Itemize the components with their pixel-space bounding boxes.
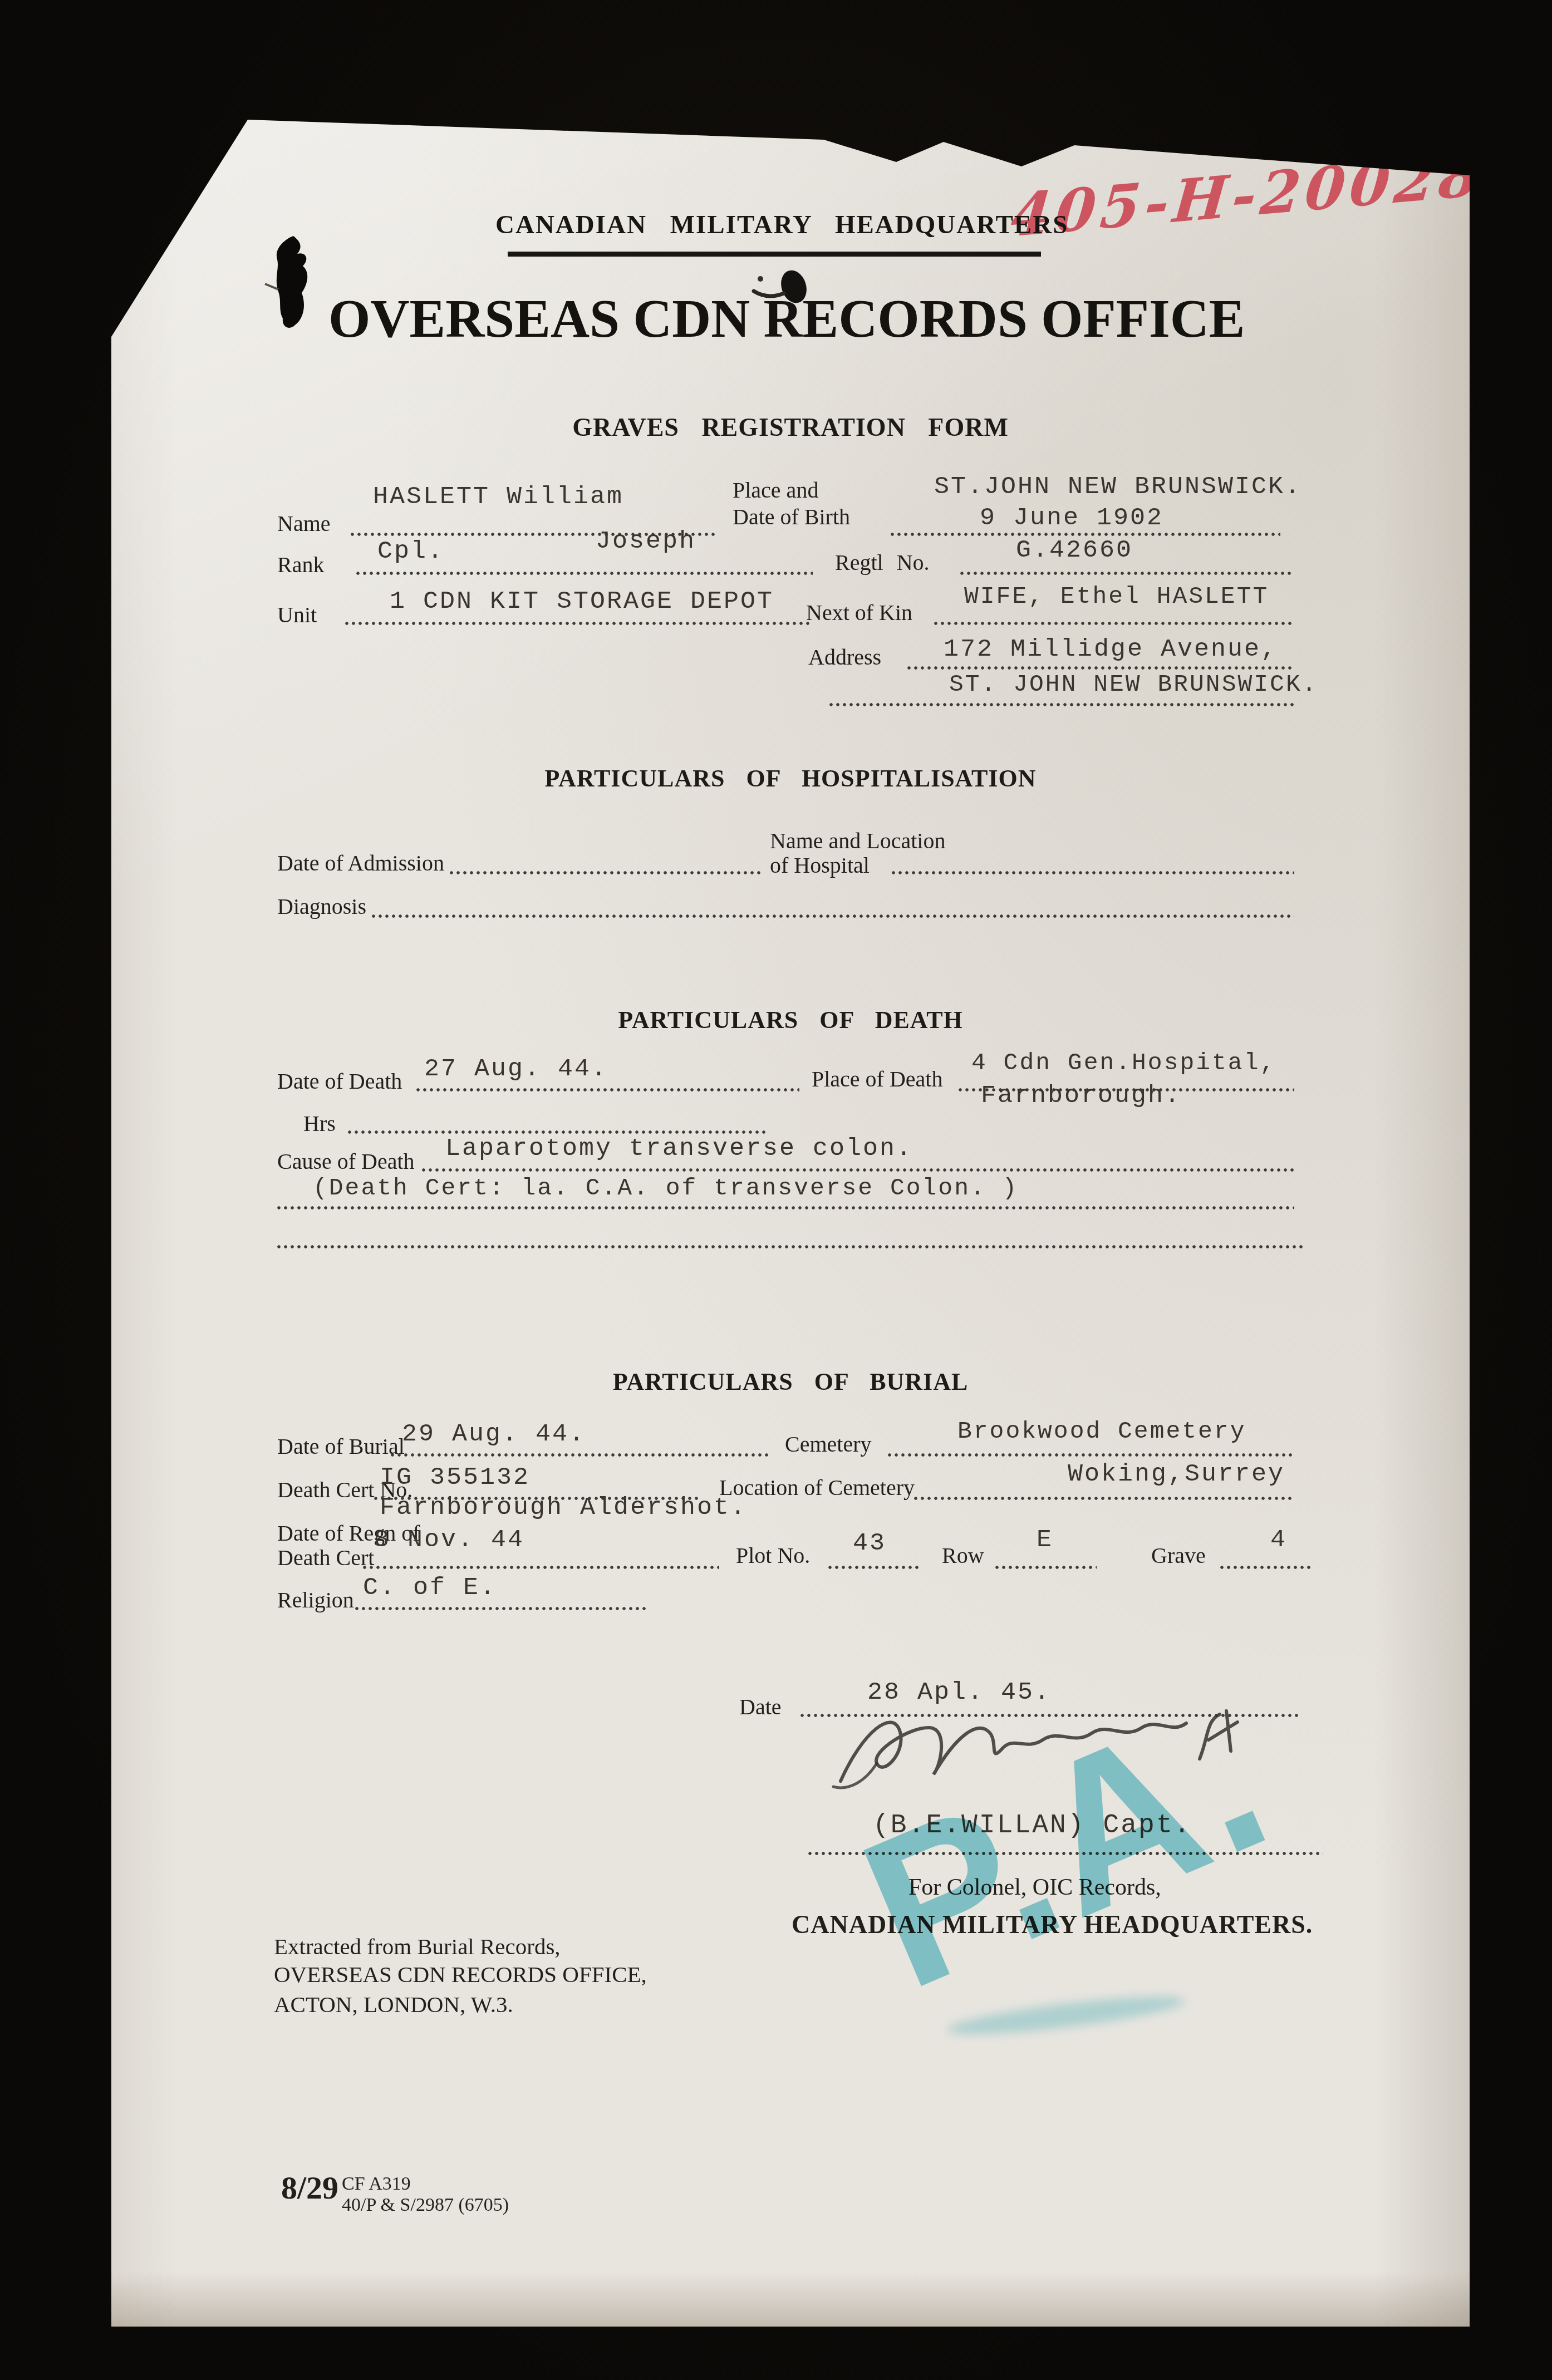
diagnosis-dotted-line — [372, 914, 1294, 918]
name-value-line2: Joseph — [596, 527, 696, 555]
address-value-line2: ST. JOHN NEW BRUNSWICK. — [949, 671, 1318, 698]
regn-date-value: 8 Nov. 44 — [374, 1526, 524, 1554]
extract-line1: Extracted from Burial Records, — [274, 1933, 561, 1960]
regn-label-line2: Death Cert — [277, 1545, 374, 1571]
birth-date-value: 9 June 1902 — [980, 504, 1163, 532]
religion-value: C. of E. — [363, 1573, 497, 1602]
form-code-line1: CF A319 — [342, 2174, 411, 2195]
plot-value: 43 — [853, 1529, 886, 1557]
section-title-death: PARTICULARS OF DEATH — [456, 1006, 1124, 1034]
cause-note: (Death Cert: la. C.A. of transverse Colo… — [313, 1174, 1018, 1202]
scan-background: { "document": { "handwritten_ref": "405-… — [0, 0, 1552, 2380]
religion-dotted-line — [355, 1607, 649, 1610]
hospital-dotted-line — [892, 871, 1294, 874]
regtl-dotted-line — [960, 572, 1294, 575]
death-place-value-line1: 4 Cdn Gen.Hospital, — [971, 1049, 1276, 1076]
next-of-kin-dotted-line — [934, 622, 1293, 625]
burial-date-value: 29 Aug. 44. — [402, 1420, 586, 1448]
cause-note-dotted-line — [277, 1206, 1294, 1209]
hrs-dotted-line — [348, 1130, 768, 1134]
admission-label: Date of Admission — [277, 850, 444, 876]
plot-label: Plot No. — [736, 1542, 810, 1568]
name-value: HASLETT William — [373, 483, 623, 511]
hospital-label-line2: of Hospital — [770, 852, 870, 878]
next-of-kin-label: Next of Kin — [806, 599, 912, 626]
blank-dotted-line — [277, 1245, 1305, 1248]
plot-dotted-line — [828, 1566, 922, 1569]
name-label: Name — [277, 510, 331, 537]
hrs-label: Hrs — [303, 1110, 336, 1137]
cause-label: Cause of Death — [277, 1148, 415, 1174]
grave-label: Grave — [1151, 1542, 1206, 1568]
unit-dotted-line — [345, 622, 813, 625]
religion-label: Religion — [277, 1587, 354, 1613]
torn-hole — [263, 234, 318, 331]
signoff-date-label: Date — [739, 1694, 782, 1720]
hospital-label-line1: Name and Location — [770, 828, 945, 854]
cemetery-dotted-line — [888, 1453, 1294, 1457]
address-dotted-line2 — [829, 703, 1294, 706]
death-date-label: Date of Death — [277, 1068, 402, 1094]
extract-line3: ACTON, LONDON, W.3. — [274, 1991, 513, 2018]
form-title: GRAVES REGISTRATION FORM — [456, 412, 1124, 442]
org-header-underline — [508, 252, 1041, 257]
rank-dotted-line — [356, 572, 813, 575]
rank-label: Rank — [277, 552, 324, 578]
rank-value: Cpl. — [377, 537, 444, 566]
page-title: OVERSEAS CDN RECORDS OFFICE — [328, 288, 1230, 350]
birth-label-line1: Place and — [733, 477, 818, 503]
section-title-hospitalisation: PARTICULARS OF HOSPITALISATION — [456, 764, 1124, 793]
admission-dotted-line — [450, 871, 762, 874]
handwritten-file-number: 405-H-20028 — [1008, 140, 1486, 250]
form-code-line2: 40/P & S/2987 (6705) — [342, 2195, 509, 2216]
birth-place-value: ST.JOHN NEW BRUNSWICK. — [934, 473, 1301, 501]
row-dotted-line — [995, 1566, 1097, 1569]
cause-value: Laparotomy transverse colon. — [445, 1134, 913, 1163]
cemetery-location-dotted-line — [914, 1497, 1294, 1500]
cemetery-location-value1: Woking,Surrey — [1068, 1460, 1285, 1488]
row-value: E — [1037, 1526, 1053, 1554]
unit-value: 1 CDN KIT STORAGE DEPOT — [390, 587, 774, 616]
cemetery-value: Brookwood Cemetery — [957, 1418, 1246, 1445]
form-ref: 8/29 — [281, 2169, 338, 2206]
next-of-kin-value: WIFE, Ethel HASLETT — [964, 583, 1269, 610]
death-date-value: 27 Aug. 44. — [424, 1055, 608, 1083]
cemetery-location-label: Location of Cemetery — [719, 1474, 915, 1501]
cause-dotted-line — [422, 1168, 1294, 1172]
regn-dotted-line — [363, 1566, 719, 1569]
diagnosis-label: Diagnosis — [277, 893, 366, 919]
address-value-line1: 172 Millidge Avenue, — [944, 635, 1278, 663]
grave-value: 4 — [1270, 1526, 1287, 1554]
death-place-value-line2: Farnborough. — [981, 1081, 1181, 1110]
address-label: Address — [808, 644, 881, 670]
cemetery-location-value2: Farnborough Aldershot. — [380, 1493, 747, 1522]
row-label: Row — [942, 1542, 984, 1568]
grave-dotted-line — [1220, 1566, 1314, 1569]
extract-line2: OVERSEAS CDN RECORDS OFFICE, — [274, 1961, 647, 1988]
regtl-no-label: Regtl No. — [835, 549, 930, 576]
burial-date-dotted-line — [391, 1453, 768, 1457]
org-header: CANADIAN MILITARY HEADQUARTERS — [495, 210, 1063, 240]
burial-date-label: Date of Burial — [277, 1433, 405, 1459]
regtl-no-value: G.42660 — [1016, 536, 1133, 564]
section-title-burial: PARTICULARS OF BURIAL — [456, 1368, 1124, 1396]
death-place-label: Place of Death — [812, 1066, 942, 1092]
cemetery-label: Cemetery — [785, 1431, 872, 1457]
address-dotted-line1 — [907, 666, 1294, 670]
death-cert-no-value: IG 355132 — [380, 1463, 530, 1492]
unit-label: Unit — [277, 602, 317, 628]
death-date-dotted-line — [416, 1088, 799, 1091]
birth-label-line2: Date of Birth — [733, 504, 850, 530]
form-page: 405-H-20028 CANADIAN MILITARY HEADQUARTE… — [111, 114, 1470, 2327]
